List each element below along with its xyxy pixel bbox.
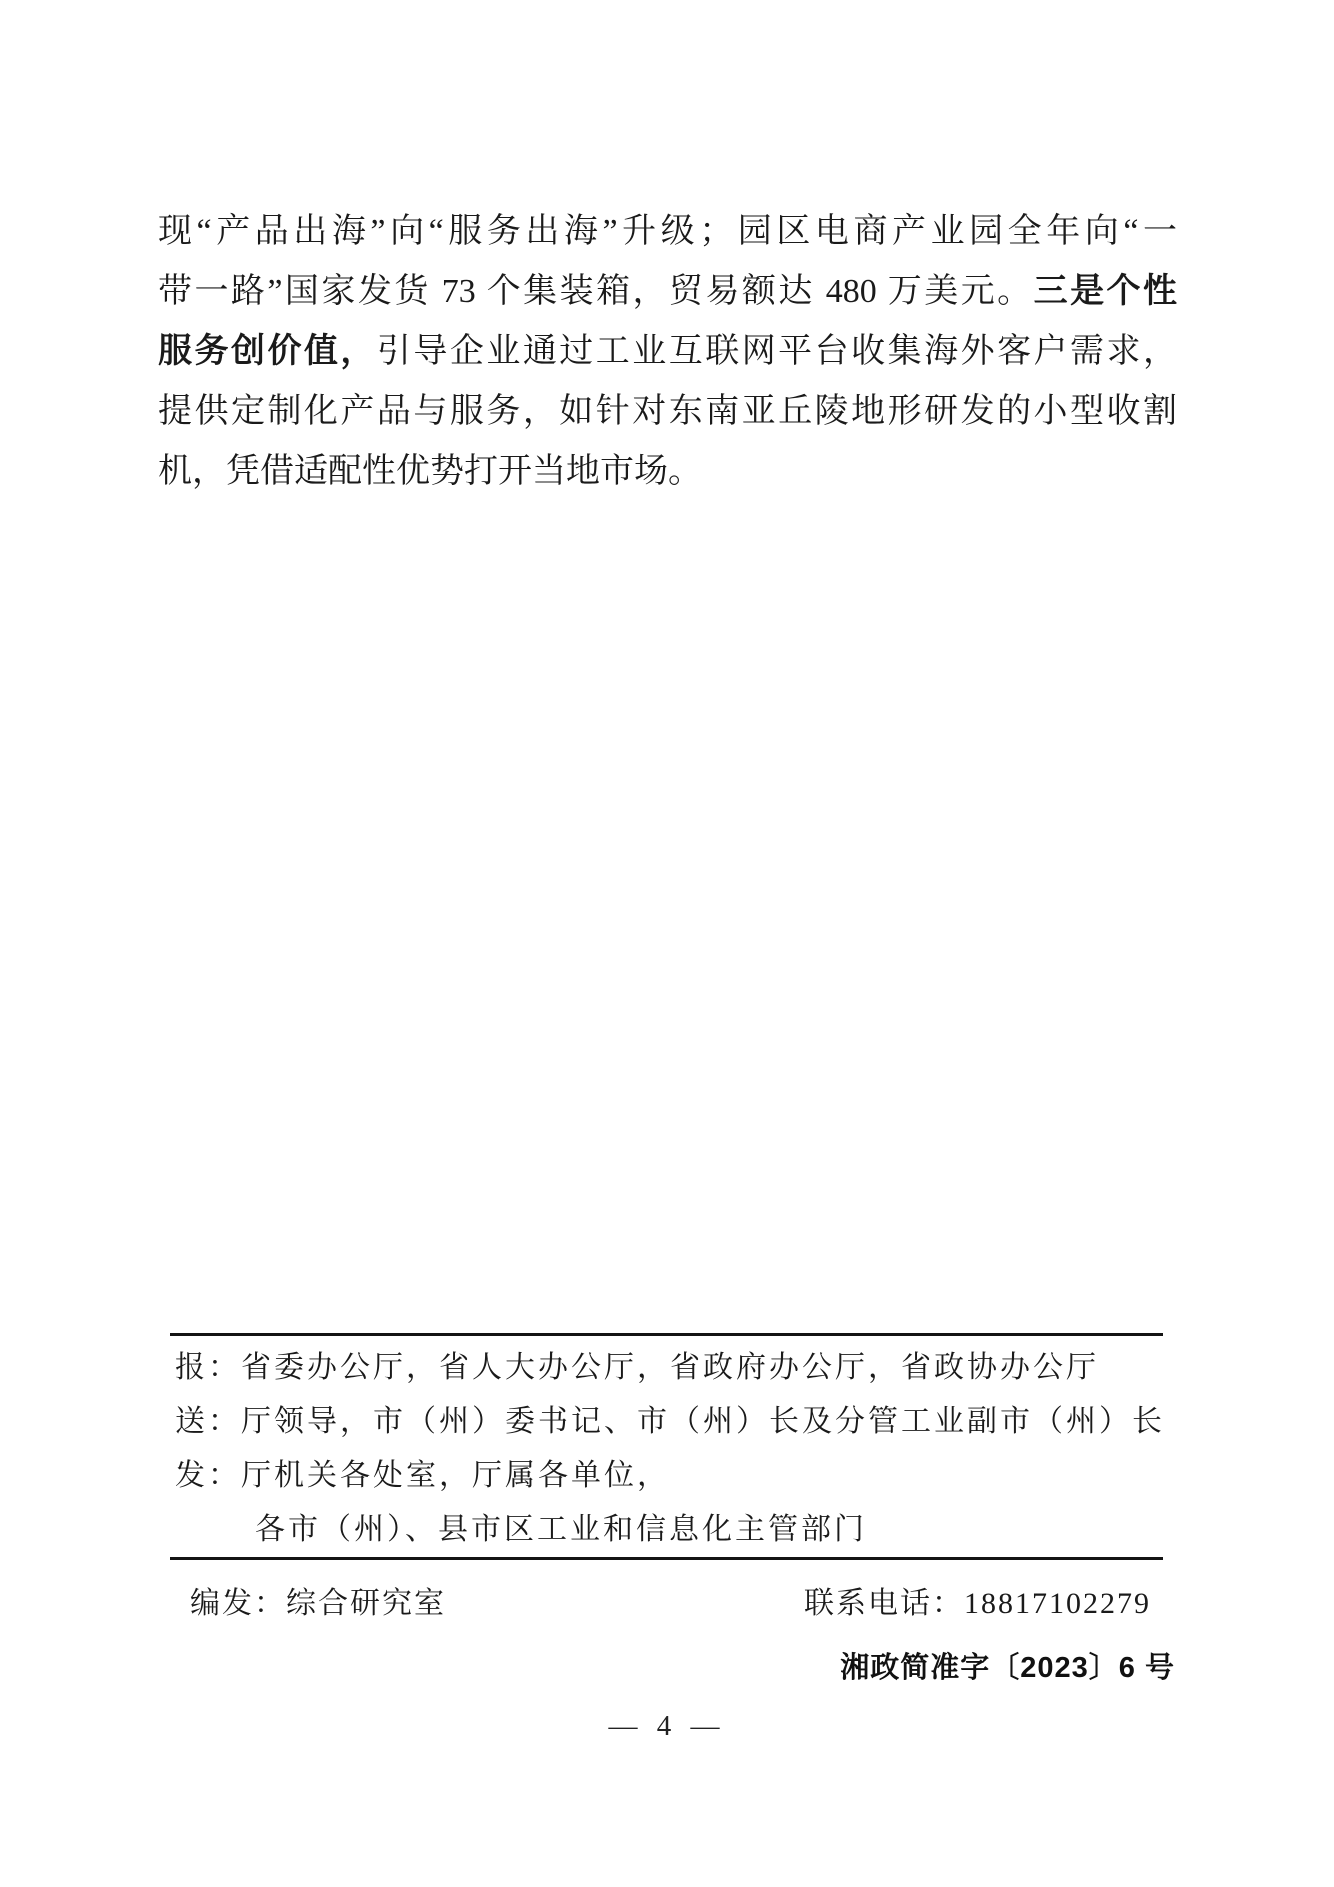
body-line-2-bold-phrase: 三是个性 bbox=[1034, 273, 1177, 310]
body-line-5: 机，凭借适配性优势打开当地市场。 bbox=[158, 442, 1177, 502]
body-paragraph: 现“产品出海”向“服务出海”升级；园区电商产业园全年向“一 带一路”国家发货 7… bbox=[158, 202, 1177, 502]
issue-continuation-text: 各市（州）、县市区工业和信息化主管部门 bbox=[255, 1513, 867, 1546]
body-line-4-text: 提供定制化产品与服务，如针对东南亚丘陵地形研发的小型收割 bbox=[158, 393, 1177, 430]
distribution-section: 报：省委办公厅，省人大办公厅，省政府办公厅，省政协办公厅 送：厅领导，市（州）委… bbox=[175, 1341, 1185, 1557]
editor-label: 编发： bbox=[190, 1587, 286, 1620]
distribution-report-row: 报：省委办公厅，省人大办公厅，省政府办公厅，省政协办公厅 bbox=[175, 1341, 1185, 1395]
body-line-1-text: 现“产品出海”向“服务出海”升级；园区电商产业园全年向“一 bbox=[158, 213, 1177, 250]
editor-phone-row: 编发：综合研究室 联系电话：18817102279 bbox=[190, 1586, 1151, 1622]
body-line-4: 提供定制化产品与服务，如针对东南亚丘陵地形研发的小型收割 bbox=[158, 382, 1177, 442]
page-number: — 4 — bbox=[0, 1710, 1334, 1743]
doc-number: 湘政简准字〔2023〕6 号 bbox=[840, 1645, 1175, 1686]
editor-text: 综合研究室 bbox=[286, 1587, 446, 1620]
report-label: 报： bbox=[175, 1351, 241, 1384]
send-label: 送： bbox=[175, 1405, 241, 1438]
phone-number: 18817102279 bbox=[964, 1587, 1151, 1620]
body-line-2: 带一路”国家发货 73 个集装箱，贸易额达 480 万美元。三是个性 bbox=[158, 262, 1177, 322]
distribution-top-divider bbox=[170, 1333, 1163, 1336]
report-text: 省委办公厅，省人大办公厅，省政府办公厅，省政协办公厅 bbox=[241, 1351, 1099, 1384]
body-line-5-text: 机，凭借适配性优势打开当地市场。 bbox=[158, 453, 702, 490]
body-line-3-text: 引导企业通过工业互联网平台收集海外客户需求， bbox=[377, 333, 1177, 370]
document-page: 现“产品出海”向“服务出海”升级；园区电商产业园全年向“一 带一路”国家发货 7… bbox=[0, 0, 1334, 1887]
phone-label: 联系电话： bbox=[804, 1587, 964, 1620]
issue-label: 发： bbox=[175, 1459, 241, 1492]
distribution-issue-continuation-row: 各市（州）、县市区工业和信息化主管部门 bbox=[175, 1503, 1185, 1557]
distribution-send-row: 送：厅领导，市（州）委书记、市（州）长及分管工业副市（州）长 bbox=[175, 1395, 1185, 1449]
issue-text: 厅机关各处室，厅属各单位， bbox=[241, 1459, 670, 1492]
distribution-bottom-divider bbox=[170, 1557, 1163, 1560]
body-line-3-bold-phrase: 服务创价值， bbox=[158, 333, 377, 370]
body-line-1: 现“产品出海”向“服务出海”升级；园区电商产业园全年向“一 bbox=[158, 202, 1177, 262]
distribution-issue-row: 发：厅机关各处室，厅属各单位， bbox=[175, 1449, 1185, 1503]
body-line-2-text: 带一路”国家发货 73 个集装箱，贸易额达 480 万美元。 bbox=[158, 273, 1034, 310]
send-text: 厅领导，市（州）委书记、市（州）长及分管工业副市（州）长 bbox=[241, 1405, 1165, 1438]
phone-group: 联系电话：18817102279 bbox=[804, 1586, 1151, 1622]
editor-group: 编发：综合研究室 bbox=[190, 1586, 446, 1622]
body-line-3: 服务创价值，引导企业通过工业互联网平台收集海外客户需求， bbox=[158, 322, 1177, 382]
